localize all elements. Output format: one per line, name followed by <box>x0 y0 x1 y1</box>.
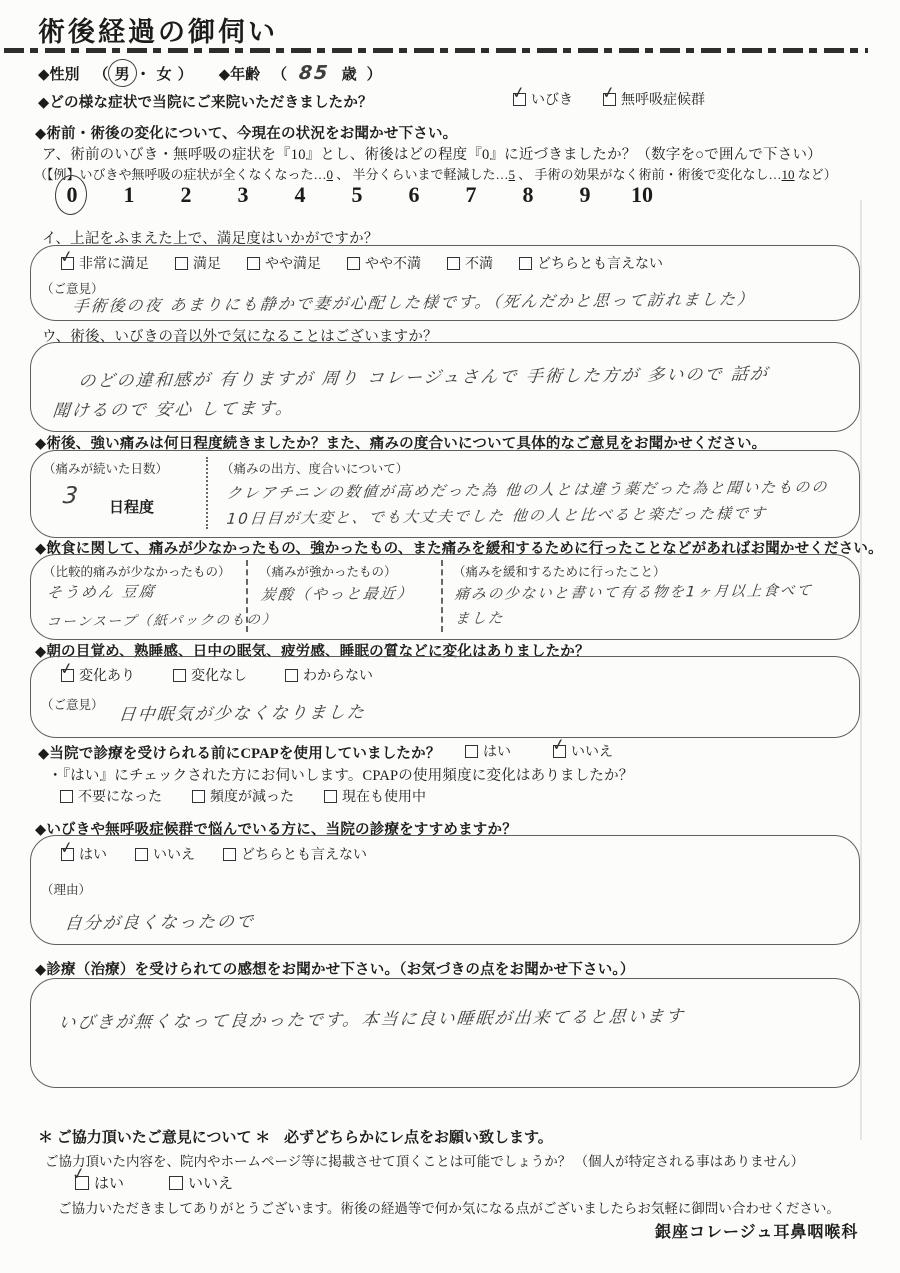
change-sub-a: ア、術前のいびき・無呼吸の症状を『10』とし、術後はどの程度『0』に近づきました… <box>42 143 822 164</box>
pain-detail-line2-handwritten: 10日目が大変と、でも大丈夫でした 他の人と比べると楽だった様です <box>226 502 768 529</box>
option-rec-iie[interactable]: いいえ <box>135 844 195 864</box>
age-value-handwritten[interactable]: 85 <box>298 62 331 84</box>
severity-scale: 0 1 2 3 4 5 6 7 8 9 10 <box>60 182 654 208</box>
option-label: やや満足 <box>265 253 321 273</box>
clinic-name: 銀座コレージュ耳鼻咽喉科 <box>655 1219 858 1242</box>
scale-4[interactable]: 4 <box>288 182 312 208</box>
eating-col3-line1-handwritten: 痛みの少ないと書いて有る物を1ヶ月以上食べて <box>454 579 814 604</box>
example-text: など） <box>795 167 837 182</box>
option-label: 満足 <box>193 253 221 273</box>
checkbox[interactable] <box>192 790 205 803</box>
checkbox[interactable] <box>223 848 236 861</box>
checkbox[interactable] <box>513 93 526 106</box>
gender-female[interactable]: 女 <box>157 63 172 84</box>
eating-col2-value-handwritten: 炭酸（やっと最近） <box>260 582 415 605</box>
checkbox[interactable] <box>465 745 478 758</box>
option-consent-hai[interactable]: はい <box>75 1172 124 1193</box>
option-label: はい <box>483 741 511 761</box>
eating-col3-line2-handwritten: ました <box>454 607 506 629</box>
gender-male-circled[interactable]: 男 <box>115 63 130 84</box>
scale-8[interactable]: 8 <box>516 182 540 208</box>
checkbox[interactable] <box>169 1176 183 1190</box>
check-mark-icon <box>512 83 526 97</box>
pain-detail-line1-handwritten: クレアチニンの数値が高めだった為 他の人とは違う薬だった為と聞いたものの <box>226 476 830 503</box>
checkbox[interactable] <box>60 790 73 803</box>
checkbox[interactable] <box>603 93 616 106</box>
checkbox[interactable] <box>61 257 74 270</box>
checkbox[interactable] <box>553 745 566 758</box>
option-label: いいえ <box>188 1172 233 1193</box>
pain-box: （痛みが続いた日数） 3 日程度 （痛みの出方、度合いについて） クレアチニンの… <box>30 450 860 538</box>
scale-0-selected[interactable]: 0 <box>60 182 84 208</box>
satisfaction-comment-handwritten: 手術後の夜 あまりにも静かで妻が心配した様です。（死んだかと思って訪れました） <box>72 286 757 316</box>
option-label: どちらとも言えない <box>241 844 367 864</box>
age-label: ◆年齢 <box>219 63 261 84</box>
other-concerns-box: のどの違和感が 有りますが 周り コレージュさんで 手術した方が 多いので 話が… <box>30 342 860 432</box>
option-yaya-fuman[interactable]: やや不満 <box>347 253 421 273</box>
option-consent-iie[interactable]: いいえ <box>169 1172 233 1193</box>
option-label: どちらとも言えない <box>537 253 663 273</box>
reason-label: （理由） <box>41 880 91 898</box>
pain-days-unit: 日程度 <box>109 496 154 517</box>
impression-comment-handwritten: いびきが無くなって良かったです。本当に良い睡眠が出来てると思います <box>57 1002 686 1034</box>
profile-row: ◆性別 （ 男 ・ 女 ） ◆年齢 （ 85 歳 ） <box>38 62 382 84</box>
recommend-options: はい いいえ どちらとも言えない <box>31 836 859 864</box>
option-henka-nashi[interactable]: 変化なし <box>173 665 247 685</box>
eating-separator-1 <box>246 560 248 632</box>
scan-artifact-line <box>860 200 862 1140</box>
consent-heading-prefix: ＊ ご協力頂いたご意見について ＊ <box>38 1130 270 1146</box>
option-label: わからない <box>303 665 373 685</box>
option-label: いいえ <box>153 844 195 864</box>
checkbox[interactable] <box>447 257 460 270</box>
cpap-options: はい いいえ <box>465 741 613 761</box>
pain-days-label: （痛みが続いた日数） <box>43 459 168 477</box>
option-manzoku[interactable]: 満足 <box>175 253 221 273</box>
option-label: 変化あり <box>79 665 135 685</box>
scale-10[interactable]: 10 <box>630 182 654 208</box>
option-label: 不要になった <box>78 786 162 806</box>
option-label: いいえ <box>571 741 613 761</box>
consent-heading-emphasis: 必ずどちらかにレ点をお願い致します。 <box>284 1130 553 1146</box>
checkbox[interactable] <box>285 669 298 682</box>
scale-7[interactable]: 7 <box>459 182 483 208</box>
check-mark-icon <box>60 659 74 673</box>
consent-heading: ＊ ご協力頂いたご意見について ＊ 必ずどちらかにレ点をお願い致します。 <box>38 1126 553 1147</box>
option-label: はい <box>79 844 107 864</box>
sleep-comment-handwritten: 日中眠気が少なくなりました <box>118 698 368 726</box>
option-dochira[interactable]: どちらとも言えない <box>519 253 663 273</box>
option-genzai-shiyou[interactable]: 現在も使用中 <box>324 786 426 806</box>
option-rec-dochira[interactable]: どちらとも言えない <box>223 844 367 864</box>
option-wakaranai[interactable]: わからない <box>285 665 373 685</box>
satisfaction-box: 非常に満足 満足 やや満足 やや不満 不満 どちらとも言えない （ご意見） 手術… <box>30 245 860 321</box>
footer-thanks: ご協力いただきましてありがとうございます。術後の経過等で何か気になる点がございま… <box>58 1197 840 1217</box>
eating-col1-label: （比較的痛みが少なかったもの） <box>43 562 231 580</box>
checkbox[interactable] <box>175 257 188 270</box>
age-unit: 歳 <box>342 63 357 84</box>
cpap-question: ◆当院で診療を受けられる前にCPAPを使用していましたか？ <box>38 742 441 763</box>
gender-paren-close: ） <box>178 63 193 84</box>
age-paren-close: ） <box>367 63 382 84</box>
eating-separator-2 <box>441 560 443 632</box>
checkbox[interactable] <box>347 257 360 270</box>
title-divider <box>4 48 868 53</box>
consent-question: ご協力頂いた内容を、院内やホームページ等に掲載させて頂くことは可能でしょうか？ … <box>45 1150 804 1170</box>
scale-1[interactable]: 1 <box>117 182 141 208</box>
pain-days-value-handwritten: 3 <box>62 483 81 509</box>
option-henka-ari[interactable]: 変化あり <box>61 665 135 685</box>
cpap-followup-question: ・『はい』にチェックされた方にお伺いします。CPAPの使用頻度に変化はありました… <box>48 764 634 785</box>
change-heading: ◆術前・術後の変化について、今現在の状況をお聞かせ下さい。 <box>35 122 457 143</box>
option-label: 変化なし <box>191 665 247 685</box>
scale-5[interactable]: 5 <box>345 182 369 208</box>
impression-question: ◆診療（治療）を受けられての感想をお聞かせ下さい。（お気づきの点をお聞かせ下さい… <box>35 958 635 979</box>
eating-col3-label: （痛みを緩和するために行ったこと） <box>453 562 666 580</box>
checkbox[interactable] <box>247 257 260 270</box>
checkbox[interactable] <box>61 669 74 682</box>
scale-6[interactable]: 6 <box>402 182 426 208</box>
check-mark-icon <box>60 838 74 852</box>
gender-paren-open: （ <box>94 63 109 84</box>
cpap-followup-options: 不要になった 頻度が減った 現在も使用中 <box>60 786 426 806</box>
check-mark-icon <box>60 247 74 261</box>
example-text: 、 手術の効果がなく術前・術後で変化なし… <box>515 167 782 182</box>
option-hindo-hetta[interactable]: 頻度が減った <box>192 786 294 806</box>
consent-options: はい いいえ <box>75 1172 233 1193</box>
comment-label: （ご意見） <box>41 695 104 713</box>
pain-detail-label: （痛みの出方、度合いについて） <box>221 459 408 477</box>
sleep-options: 変化あり 変化なし わからない <box>31 657 859 685</box>
eating-box: （比較的痛みが少なかったもの） そうめん 豆腐 コーンスープ（紙パックのもの） … <box>30 554 860 640</box>
impression-box: いびきが無くなって良かったです。本当に良い睡眠が出来てると思います <box>30 978 860 1088</box>
scale-9[interactable]: 9 <box>573 182 597 208</box>
option-fuman[interactable]: 不満 <box>447 253 493 273</box>
satisfaction-options: 非常に満足 満足 やや満足 やや不満 不満 どちらとも言えない <box>31 246 859 273</box>
checkbox[interactable] <box>173 669 186 682</box>
recommend-box: はい いいえ どちらとも言えない （理由） 自分が良くなったので <box>30 835 860 945</box>
option-label: 不満 <box>465 253 493 273</box>
option-mukokyu[interactable]: 無呼吸症候群 <box>603 89 705 109</box>
checkbox[interactable] <box>75 1176 89 1190</box>
option-yaya-manzoku[interactable]: やや満足 <box>247 253 321 273</box>
other-concerns-line1-handwritten: のどの違和感が 有りますが 周り コレージュさんで 手術した方が 多いので 話が <box>77 359 770 391</box>
scale-2[interactable]: 2 <box>174 182 198 208</box>
gender-label: ◆性別 <box>38 63 80 84</box>
recommend-reason-handwritten: 自分が良くなったので <box>64 907 257 934</box>
change-example: （【例】いびきや無呼吸の症状が全くなくなった…0 、 半分くらいまで軽減した…5… <box>34 164 837 183</box>
eating-col2-label: （痛みが強かったもの） <box>259 562 397 580</box>
check-mark-icon <box>552 735 566 749</box>
page-title: 術後経過の御伺い <box>38 10 278 49</box>
option-label: やや不満 <box>365 253 421 273</box>
pain-column-separator <box>206 457 208 529</box>
checkbox[interactable] <box>135 848 148 861</box>
option-label: いびき <box>531 89 573 109</box>
eating-col1-line2-handwritten: コーンスープ（紙パックのもの） <box>46 608 279 630</box>
example-num-10: 10 <box>782 167 795 182</box>
symptom-question: ◆どの様な症状で当院にご来院いただきましたか？ <box>38 91 373 112</box>
scanned-questionnaire-page: 術後経過の御伺い ◆性別 （ 男 ・ 女 ） ◆年齢 （ 85 歳 ） ◆どの様… <box>0 0 900 1273</box>
gender-dot: ・ <box>136 63 151 84</box>
option-label: 無呼吸症候群 <box>621 89 705 109</box>
option-label: はい <box>94 1172 124 1193</box>
checkbox[interactable] <box>324 790 337 803</box>
checkbox[interactable] <box>519 257 532 270</box>
sleep-box: 変化あり 変化なし わからない （ご意見） 日中眠気が少なくなりました <box>30 656 860 738</box>
option-hijou-manzoku[interactable]: 非常に満足 <box>61 253 149 273</box>
check-mark-icon <box>72 1164 86 1178</box>
option-fuyou[interactable]: 不要になった <box>60 786 162 806</box>
option-cpap-hai[interactable]: はい <box>465 741 511 761</box>
scale-3[interactable]: 3 <box>231 182 255 208</box>
checkbox[interactable] <box>61 848 74 861</box>
option-rec-hai[interactable]: はい <box>61 844 107 864</box>
check-mark-icon <box>602 83 616 97</box>
age-paren-open: （ <box>272 63 287 84</box>
option-cpap-iie[interactable]: いいえ <box>553 741 613 761</box>
option-label: 非常に満足 <box>79 253 149 273</box>
other-concerns-line2-handwritten: 聞けるので 安心 してます。 <box>52 394 296 422</box>
symptom-options: いびき 無呼吸症候群 <box>513 89 705 109</box>
option-label: 現在も使用中 <box>342 786 426 806</box>
example-text: 、 半分くらいまで軽減した… <box>333 167 509 182</box>
option-ibiki[interactable]: いびき <box>513 89 573 109</box>
eating-col1-line1-handwritten: そうめん 豆腐 <box>46 580 157 602</box>
option-label: 頻度が減った <box>210 786 294 806</box>
